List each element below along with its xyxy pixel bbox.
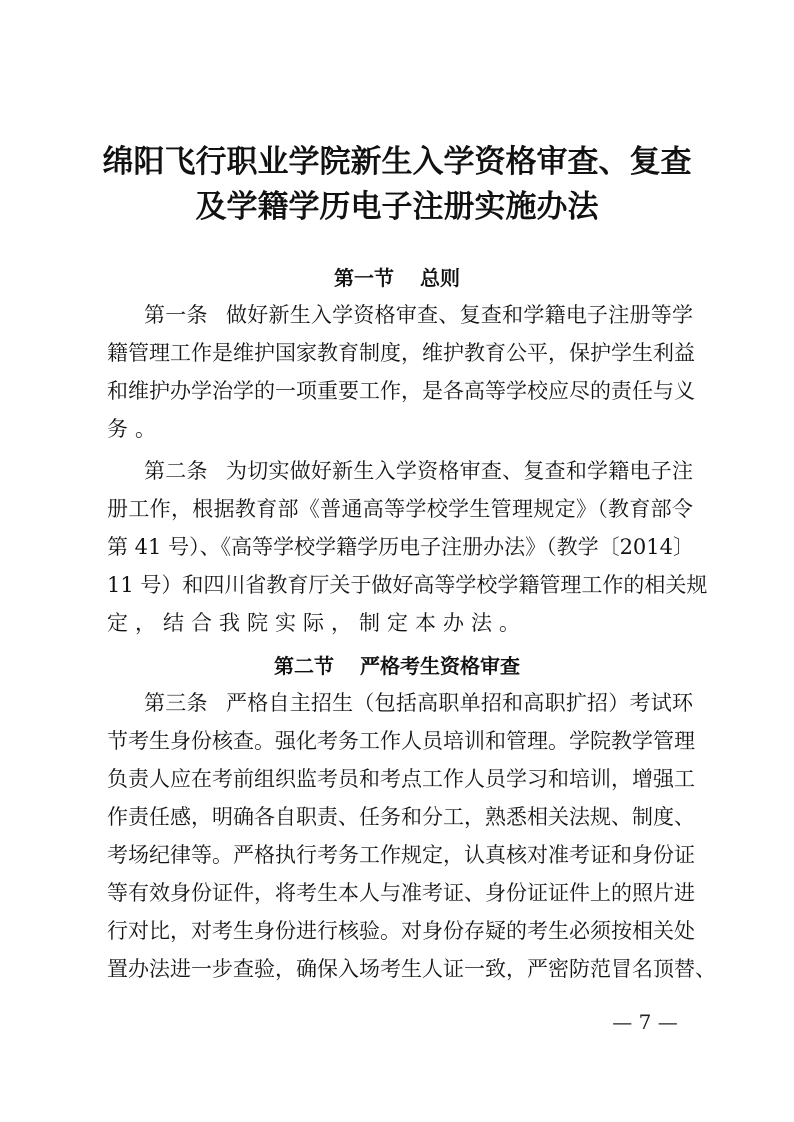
article-label: 第三条: [144, 691, 208, 715]
article-2-line-2: 册工作，根据教育部《普通高等学校学生管理规定》（教育部令: [107, 494, 693, 524]
article-3-line-5: 考场纪律等。严格执行考务工作规定，认真核对准考证和身份证: [107, 840, 693, 870]
document-page: 绵阳飞行职业学院新生入学资格审查、复查 及学籍学历电子注册实施办法 第一节总则 …: [0, 0, 794, 1122]
article-label: 第一条: [144, 303, 208, 327]
page-number: — 7 —: [600, 1010, 690, 1034]
article-3-line-4: 作责任感，明确各自职责、任务和分工，熟悉相关法规、制度、: [107, 802, 693, 832]
article-text: 为切实做好新生入学资格审查、复查和学籍电子注: [226, 459, 693, 483]
section-name: 严格考生资格审查: [360, 654, 520, 678]
article-3-line-6: 等有效身份证件，将考生本人与准考证、身份证证件上的照片进: [107, 878, 693, 908]
article-2-line-4: 11 号）和四川省教育厅关于做好高等学校学籍管理工作的相关规: [107, 570, 693, 600]
article-3-line-3: 负责人应在考前组织监考员和考点工作人员学习和培训，增强工: [107, 764, 693, 794]
article-3-line-2: 节考生身份核查。强化考务工作人员培训和管理。学院教学管理: [107, 726, 693, 756]
article-1-line-2: 籍管理工作是维护国家教育制度，维护教育公平，保护学生利益: [107, 338, 693, 368]
section-heading-2: 第二节严格考生资格审查: [0, 650, 794, 679]
article-2-line-3: 第 41 号）、《高等学校学籍学历电子注册办法》（教学〔2014〕: [107, 532, 693, 562]
document-title-line-2: 及学籍学历电子注册实施办法: [0, 181, 794, 226]
article-text: 做好新生入学资格审查、复查和学籍电子注册等学: [226, 303, 693, 327]
article-text: 严格自主招生（包括高职单招和高职扩招）考试环: [226, 691, 693, 715]
article-2-line-1: 第二条为切实做好新生入学资格审查、复查和学籍电子注: [144, 456, 693, 486]
article-1-line-4: 务。: [107, 414, 693, 444]
section-number: 第一节: [334, 266, 394, 290]
section-heading-1: 第一节总则: [0, 262, 794, 291]
section-name: 总则: [420, 266, 460, 290]
article-label: 第二条: [144, 459, 208, 483]
article-3-line-8: 置办法进一步查验，确保入场考生人证一致，严密防范冒名顶替、: [107, 954, 693, 984]
article-1-line-1: 第一条做好新生入学资格审查、复查和学籍电子注册等学: [144, 300, 693, 330]
article-3-line-7: 行对比，对考生身份进行核验。对身份存疑的考生必须按相关处: [107, 916, 693, 946]
article-2-line-5: 定，结合我院实际，制定本办法。: [107, 608, 693, 638]
article-3-line-1: 第三条严格自主招生（包括高职单招和高职扩招）考试环: [144, 688, 693, 718]
section-number: 第二节: [274, 654, 334, 678]
article-1-line-3: 和维护办学治学的一项重要工作，是各高等学校应尽的责任与义: [107, 376, 693, 406]
document-title-line-1: 绵阳飞行职业学院新生入学资格审查、复查: [0, 136, 794, 181]
